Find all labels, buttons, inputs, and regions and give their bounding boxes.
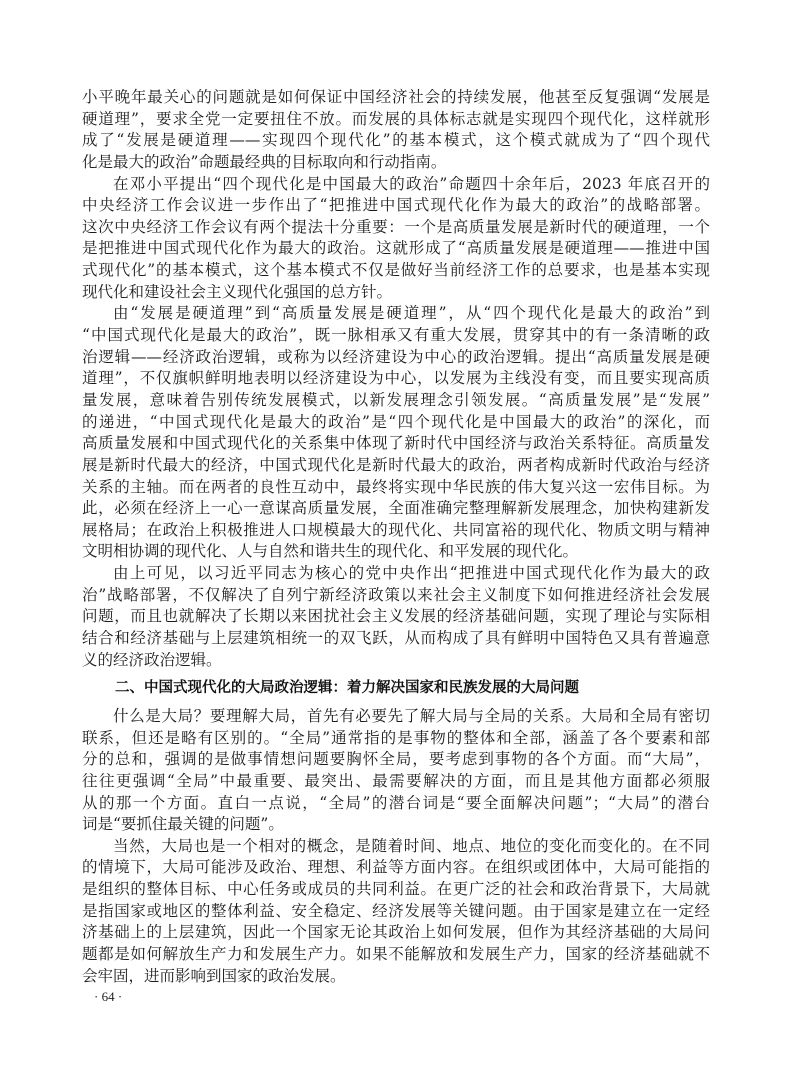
text-line: 治”战略部署，不仅解决了自列宁新经济政策以来社会主义制度下如何推进经济社会发展 [82,585,710,607]
paragraph-conclusion: 由上可见，以习近平同志为核心的党中央作出“把推进中国式现代化作为最大的政 治”战… [82,563,710,671]
text-line: 题都是如何解放生产力和发展生产力。如果不能解放和发展生产力，国家的经济基础就不 [82,944,710,966]
text-line: 展格局；在政治上积极推进人口规模最大的现代化、共同富裕的现代化、物质文明与精神 [82,520,710,542]
text-line: 量发展，意味着告别传统发展模式，以新发展理念引领发展。“高质量发展”是“发展” [82,390,710,412]
paragraph-relative-concept: 当然，大局也是一个相对的概念，是随着时间、地点、地位的变化而变化的。在不同 的情… [82,836,710,987]
text-line: 往往更强调“全局”中最重要、最突出、最需要解决的方面，而且是其他方面都必须服 [82,771,710,793]
text-line: 文明相协调的现代化、人与自然和谐共生的现代化、和平发展的现代化。 [82,541,710,563]
text-line: 会牢固，进而影响到国家的政治发展。 [82,966,710,988]
text-line: 结合和经济基础与上层建筑相统一的双飞跃，从而构成了具有鲜明中国特色又具有普遍意 [82,628,710,650]
text-line: 小平晚年最关心的问题就是如何保证中国经济社会的持续发展，他甚至反复强调“发展是 [82,87,710,109]
text-line: 是组织的整体目标、中心任务或成员的共同利益。在更广泛的社会和政治背景下，大局就 [82,879,710,901]
text-line: 在邓小平提出“四个现代化是中国最大的政治”命题四十余年后，2023 年底召开的 [82,174,710,196]
paragraph-central-economic-work-conference: 在邓小平提出“四个现代化是中国最大的政治”命题四十余年后，2023 年底召开的 … [82,174,710,304]
text-line: 治逻辑——经济政治逻辑，或称为以经济建设为中心的政治逻辑。提出“高质量发展是硬 [82,347,710,369]
text-line: 的情境下，大局可能涉及政治、理想、利益等方面内容。在组织或团体中，大局可能指的 [82,857,710,879]
text-line: 成了“发展是硬道理——实现四个现代化”的基本模式，这个模式就成为了“四个现代 [82,130,710,152]
text-line: 硬道理”，要求全党一定要扭住不放。而发展的具体标志就是实现四个现代化，这样就形 [82,109,710,131]
text-line: 的递进，“中国式现代化是最大的政治”是“四个现代化是中国最大的政治”的深化，而 [82,412,710,434]
text-line: 联系，但还是略有区别的。“全局”通常指的是事物的整体和全部，涵盖了各个要素和部 [82,728,710,750]
text-line: 义的经济政治逻辑。 [82,650,710,672]
text-line: 化是最大的政治”命题最经典的目标取向和行动指南。 [82,152,710,174]
paragraph-continuation: 小平晚年最关心的问题就是如何保证中国经济社会的持续发展，他甚至反复强调“发展是 … [82,87,710,174]
text-line: 展是新时代最大的经济，中国式现代化是新时代最大的政治，两者构成新时代政治与经济 [82,455,710,477]
section-heading: 二、中国式现代化的大局政治逻辑：着力解决国家和民族发展的大局问题 [82,678,710,700]
text-line: 从的那一个方面。直白一点说，“全局”的潜台词是“要全面解决问题”；“大局”的潜台 [82,793,710,815]
text-line: 道理”，不仅旗帜鲜明地表明以经济建设为中心，以发展为主线没有变，而且要实现高质 [82,368,710,390]
text-line: 词是“要抓住最关键的问题”。 [82,814,710,836]
text-line: 这次中央经济工作会议有两个提法十分重要：一个是高质量发展是新时代的硬道理，一个 [82,217,710,239]
text-line: 是指国家或地区的整体利益、安全稳定、经济发展等关键问题。由于国家是建立在一定经 [82,901,710,923]
text-line: 是把推进中国式现代化作为最大的政治。这就形成了“高质量发展是硬道理——推进中国 [82,238,710,260]
text-line: 现代化和建设社会主义现代化强国的总方针。 [82,282,710,304]
text-line: 由“发展是硬道理”到“高质量发展是硬道理”，从“四个现代化是最大的政治”到 [82,303,710,325]
text-line: 问题，而且也就解决了长期以来困扰社会主义发展的经济基础问题，实现了理论与实际相 [82,606,710,628]
page-number: · 64 · [94,988,710,1006]
document-page: 小平晚年最关心的问题就是如何保证中国经济社会的持续发展，他甚至反复强调“发展是 … [82,87,710,1006]
text-line: 由上可见，以习近平同志为核心的党中央作出“把推进中国式现代化作为最大的政 [82,563,710,585]
paragraph-what-is-big-picture: 什么是大局？要理解大局，首先有必要先了解大局与全局的关系。大局和全局有密切 联系… [82,706,710,836]
text-line: “中国式现代化是最大的政治”，既一脉相承又有重大发展，贯穿其中的有一条清晰的政 [82,325,710,347]
text-line: 此，必须在经济上一心一意谋高质量发展，全面准确完整理解新发展理念，加快构建新发 [82,498,710,520]
text-line: 当然，大局也是一个相对的概念，是随着时间、地点、地位的变化而变化的。在不同 [82,836,710,858]
text-line: 分的总和，强调的是做事情想问题要胸怀全局，要考虑到事物的各个方面。而“大局”， [82,749,710,771]
text-line: 高质量发展和中国式现代化的关系集中体现了新时代中国经济与政治关系特征。高质量发 [82,433,710,455]
text-line: 式现代化”的基本模式，这个基本模式不仅是做好当前经济工作的总要求，也是基本实现 [82,260,710,282]
text-line: 济基础上的上层建筑，因此一个国家无论其政治上如何发展，但作为其经济基础的大局问 [82,922,710,944]
text-line: 中央经济工作会议进一步作出了“把推进中国式现代化作为最大的政治”的战略部署。 [82,195,710,217]
text-line: 什么是大局？要理解大局，首先有必要先了解大局与全局的关系。大局和全局有密切 [82,706,710,728]
paragraph-economic-political-logic: 由“发展是硬道理”到“高质量发展是硬道理”，从“四个现代化是最大的政治”到 “中… [82,303,710,563]
text-line: 关系的主轴。而在两者的良性互动中，最终将实现中华民族的伟大复兴这一宏伟目标。为 [82,477,710,499]
